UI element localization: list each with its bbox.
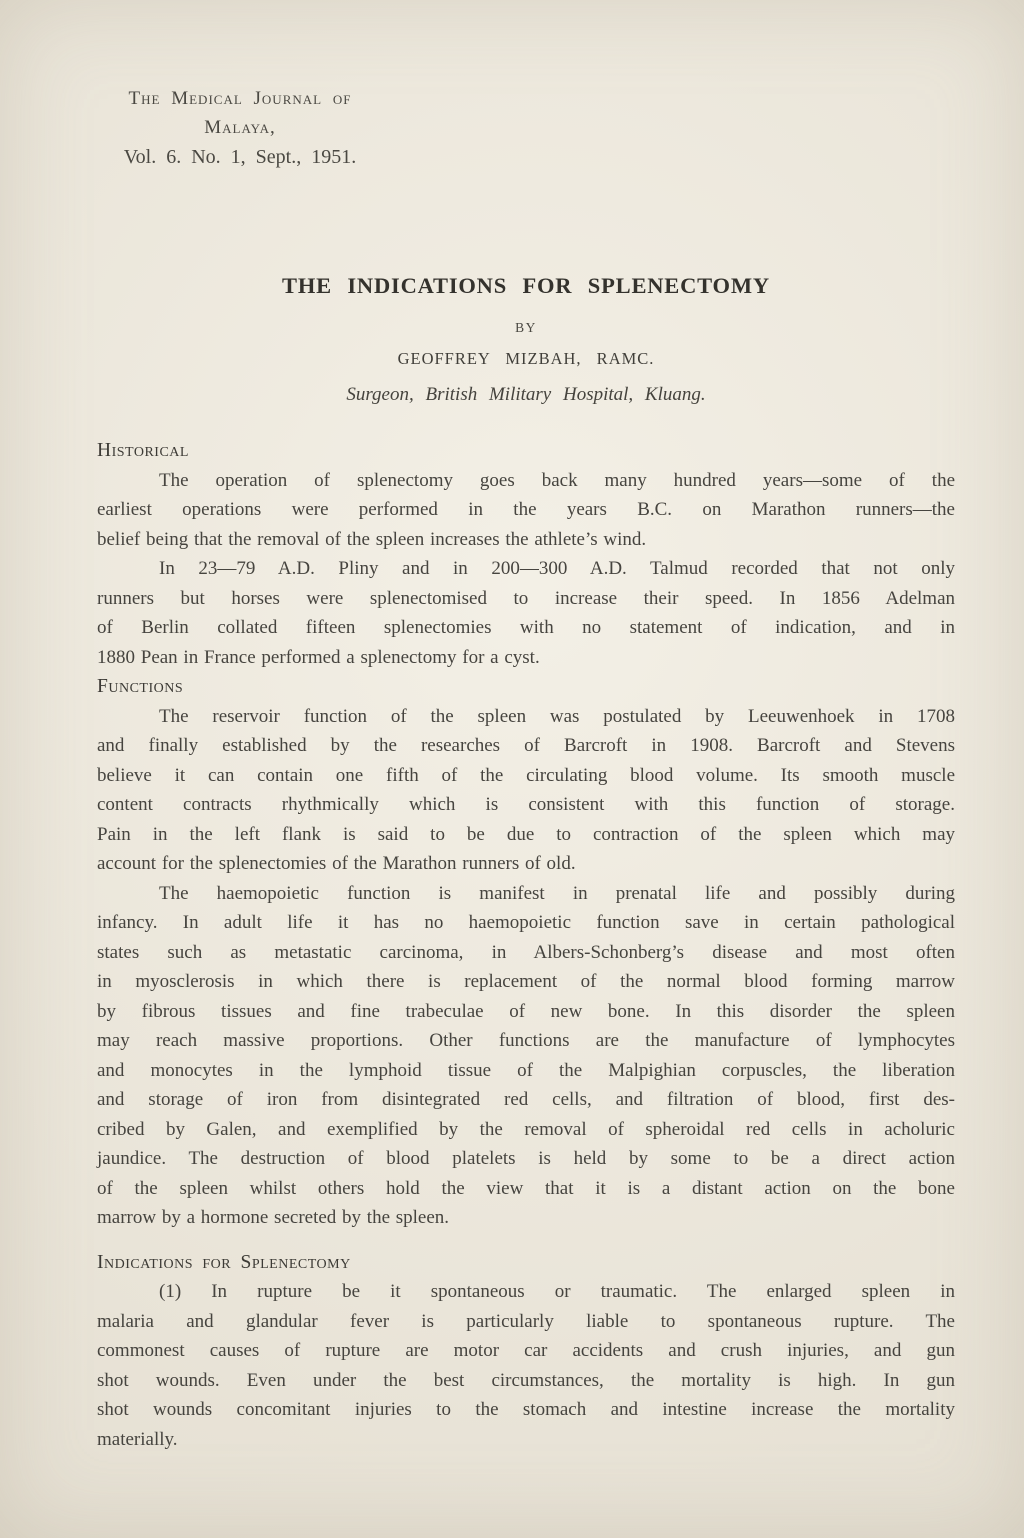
text-line: runners but horses were splenectomised t…: [97, 584, 955, 614]
text-line: infancy. In adult life it has no haemopo…: [97, 908, 955, 938]
author-affiliation: Surgeon, British Military Hospital, Klua…: [97, 384, 955, 406]
paragraph: (1) In rupture be it spontaneous or trau…: [97, 1277, 955, 1454]
text-line: 1880 Pean in France performed a splenect…: [97, 643, 955, 673]
text-line: shot wounds concomitant injuries to the …: [97, 1395, 955, 1425]
byline-label: BY: [97, 320, 955, 336]
journal-name-line1: The Medical Journal of: [97, 84, 383, 113]
text-line: may reach massive proportions. Other fun…: [97, 1026, 955, 1056]
text-line: commonest causes of rupture are motor ca…: [97, 1336, 955, 1366]
text-line: malaria and glandular fever is particula…: [97, 1307, 955, 1337]
article-title: THE INDICATIONS FOR SPLENECTOMY: [97, 273, 955, 299]
scanned-journal-page: The Medical Journal of Malaya, Vol. 6. N…: [0, 0, 1024, 1538]
text-line: earliest operations were performed in th…: [97, 495, 955, 525]
text-line: in myosclerosis in which there is replac…: [97, 967, 955, 997]
text-line: (1) In rupture be it spontaneous or trau…: [97, 1277, 955, 1307]
text-line: shot wounds. Even under the best circums…: [97, 1366, 955, 1396]
text-line: content contracts rhythmically which is …: [97, 790, 955, 820]
journal-masthead: The Medical Journal of Malaya, Vol. 6. N…: [97, 84, 383, 173]
section-heading: Functions: [97, 672, 955, 702]
text-line: Pain in the left flank is said to be due…: [97, 820, 955, 850]
paragraph: The operation of splenectomy goes back m…: [97, 466, 955, 555]
text-line: believe it can contain one fifth of the …: [97, 761, 955, 791]
text-line: The haemopoietic function is manifest in…: [97, 879, 955, 909]
journal-volume-date: Vol. 6. No. 1, Sept., 1951.: [97, 142, 383, 173]
text-line: and monocytes in the lymphoid tissue of …: [97, 1056, 955, 1086]
text-line: of the spleen whilst others hold the vie…: [97, 1174, 955, 1204]
text-line: cribed by Galen, and exemplified by the …: [97, 1115, 955, 1145]
text-line: states such as metastatic carcinoma, in …: [97, 938, 955, 968]
section-heading: Indications for Splenectomy: [97, 1248, 955, 1278]
text-line: belief being that the removal of the spl…: [97, 525, 955, 555]
text-line: and storage of iron from disintegrated r…: [97, 1085, 955, 1115]
text-line: The operation of splenectomy goes back m…: [97, 466, 955, 496]
text-line: In 23—79 A.D. Pliny and in 200—300 A.D. …: [97, 554, 955, 584]
paragraph: The haemopoietic function is manifest in…: [97, 879, 955, 1233]
article-body: HistoricalThe operation of splenectomy g…: [97, 436, 955, 1454]
paragraph: In 23—79 A.D. Pliny and in 200—300 A.D. …: [97, 554, 955, 672]
paragraph: The reservoir function of the spleen was…: [97, 702, 955, 879]
text-line: account for the splenectomies of the Mar…: [97, 849, 955, 879]
text-line: and finally established by the researche…: [97, 731, 955, 761]
text-line: by fibrous tissues and fine trabeculae o…: [97, 997, 955, 1027]
text-line: of Berlin collated fifteen splenectomies…: [97, 613, 955, 643]
text-line: marrow by a hormone secreted by the sple…: [97, 1203, 955, 1233]
section-heading: Historical: [97, 436, 955, 466]
author-name: GEOFFREY MIZBAH, RAMC.: [97, 349, 955, 369]
text-line: The reservoir function of the spleen was…: [97, 702, 955, 732]
text-line: materially.: [97, 1425, 955, 1455]
journal-name-line2: Malaya,: [97, 113, 383, 142]
text-line: jaundice. The destruction of blood plate…: [97, 1144, 955, 1174]
